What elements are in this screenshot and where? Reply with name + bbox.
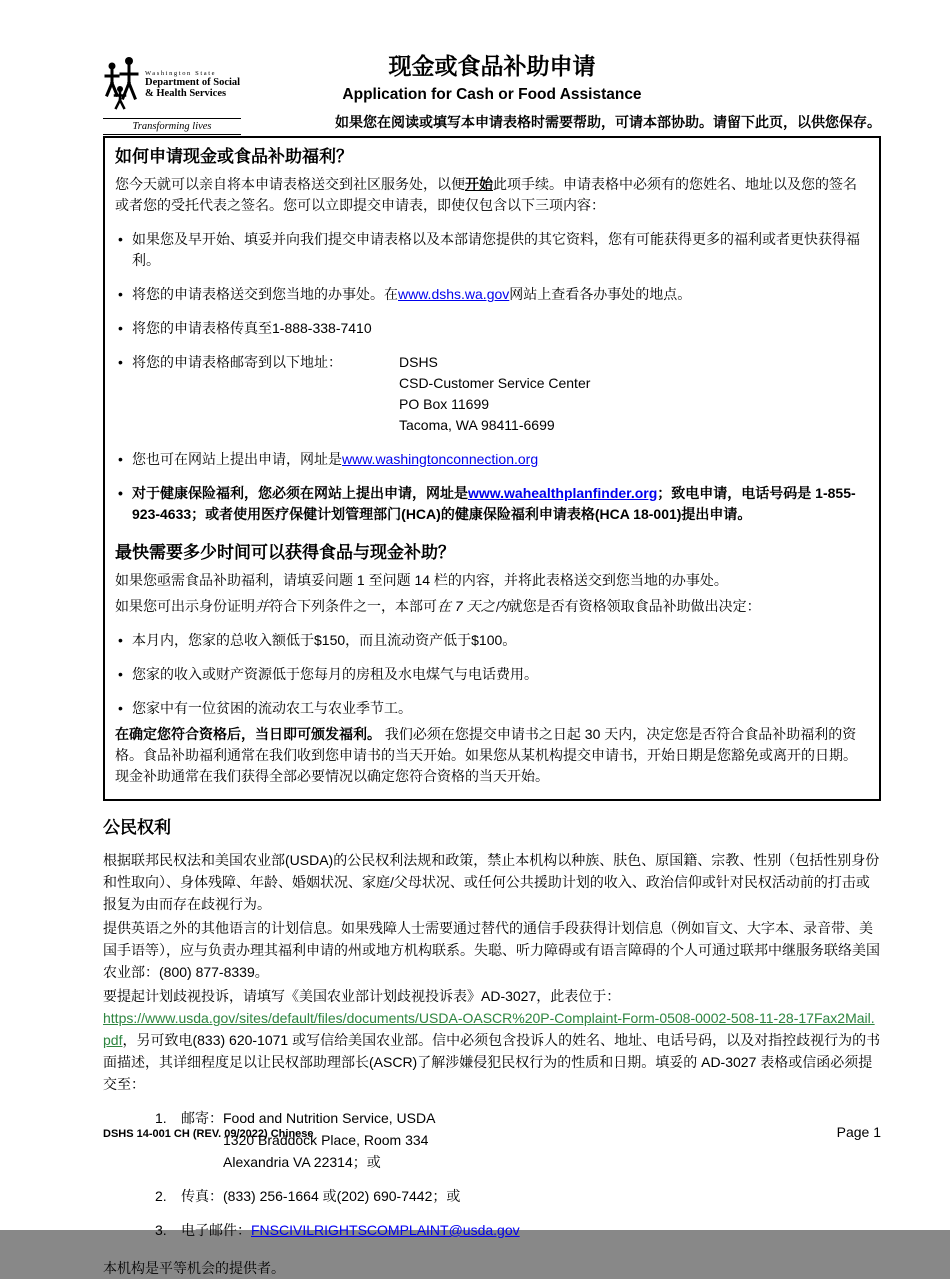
address-line-3: PO Box 11699 [399,394,590,415]
local-office-text: 将您的申请表格送交到您当地的办事处。在 [132,286,398,302]
item-number-2: 2. [155,1185,181,1207]
submit-option-mail: 1. 邮寄：Food and Nutrition Service, USDA 1… [155,1107,881,1173]
intro-emphasis-start: 开始 [465,176,493,192]
apply-methods-list: 如果您及早开始、填妥并向我们提交申请表格以及本部请您提供的其它资料，您有可能获得… [115,229,869,525]
online-text: 您也可在网站上提出申请，网址是 [132,451,342,467]
list-item-health-insurance: 对于健康保险福利，您必须在网站上提出申请，网址是www.wahealthplan… [115,483,869,525]
complaint-intro-text: 要提起计划歧视投诉，请填写《美国农业部计划歧视投诉表》AD-3027，此表位于： [103,988,620,1004]
address-line-1: DSHS [399,352,590,373]
equal-opportunity-statement: 本机构是平等机会的提供者。 [103,1257,881,1279]
submit-option-email: 3. 电子邮件：FNSCIVILRIGHTSCOMPLAINT@usda.gov [155,1219,881,1241]
civil-rights-p1: 根据联邦民权法和美国农业部(USDA)的公民权利法规和政策，禁止本机构以种族、肤… [103,849,881,915]
document-page: Washington State Department of Social & … [0,0,950,1230]
p2-seg1: 如果您可出示身份证明 [115,598,255,614]
address-line-2: CSD-Customer Service Center [399,373,590,394]
civil-rights-p2: 提供英语之外的其他语言的计划信息。如果残障人士需要通过替代的通信手段获得计划信息… [103,917,881,983]
logo-dept-line1: Department of Social [145,77,240,88]
item-number-3: 3. [155,1219,181,1241]
list-item-apply-early: 如果您及早开始、填妥并向我们提交申请表格以及本部请您提供的其它资料，您有可能获得… [115,229,869,271]
p2-seg3: 就您是否有资格领取食品补助做出决定： [509,598,761,614]
page-header: Washington State Department of Social & … [103,52,881,104]
list-item-online: 您也可在网站上提出申请，网址是www.washingtonconnection.… [115,449,869,470]
healthplanfinder-link[interactable]: www.wahealthplanfinder.org [468,485,657,501]
page-footer: DSHS 14-001 CH (REV. 09/2022) Chinese Pa… [103,1124,881,1140]
list-item-migrant-worker: 您家中有一位贫困的流动农工与农业季节工。 [115,698,869,719]
how-fast-p1: 如果您亟需食品补助福利，请填妥问题 1 至问题 14 栏的内容，并将此表格送交到… [115,570,869,591]
list-item-mail: 将您的申请表格邮寄到以下地址： DSHS CSD-Customer Servic… [115,352,869,436]
submit-option-fax: 2. 传真：(833) 256-1664 或(202) 690-7442；或 [155,1185,881,1207]
list-item-fax: 将您的申请表格传真至1-888-338-7410 [115,318,869,339]
dshs-logo: Washington State Department of Social & … [103,54,241,135]
expedited-conditions-list: 本月内，您家的总收入额低于$150，而且流动资产低于$100。 您家的收入或财产… [115,630,869,719]
local-office-text2: 网站上查看各办事处的地点。 [509,286,691,302]
logo-dept-line2: & Health Services [145,88,240,99]
benefits-timing-lead: 在确定您符合资格后，当日即可颁发福利。 [115,726,381,742]
list-item-local-office: 将您的申请表格送交到您当地的办事处。在www.dshs.wa.gov网站上查看各… [115,284,869,305]
logo-tagline: Transforming lives [103,118,241,135]
address-line-4: Tacoma, WA 98411-6699 [399,415,590,436]
how-fast-p2: 如果您可出示身份证明并符合下列条件之一，本部可在 7 天之内就您是否有资格领取食… [115,596,869,617]
p2-italic1: 并 [255,598,269,614]
civil-rights-section: 公民权利 根据联邦民权法和美国农业部(USDA)的公民权利法规和政策，禁止本机构… [103,815,881,1279]
health-insurance-text: 对于健康保险福利，您必须在网站上提出申请，网址是 [132,485,468,501]
list-item-income-limit: 本月内，您家的总收入额低于$150，而且流动资产低于$100。 [115,630,869,651]
dshs-people-icon [103,54,141,115]
p2-seg2: 符合下列条件之一，本部可 [269,598,437,614]
p2-italic2: 在 7 天之内 [437,598,509,614]
item-number-1: 1. [155,1107,181,1173]
washington-connection-link[interactable]: www.washingtonconnection.org [342,451,538,467]
civil-rights-p3: 要提起计划歧视投诉，请填写《美国农业部计划歧视投诉表》AD-3027，此表位于：… [103,985,881,1095]
intro-seg1: 您今天就可以亲自将本申请表格送交到社区服务处，以便 [115,176,465,192]
dshs-website-link[interactable]: www.dshs.wa.gov [398,286,509,302]
page-number: Page 1 [837,1124,881,1140]
form-number: DSHS 14-001 CH (REV. 09/2022) Chinese [103,1128,314,1140]
how-to-apply-heading: 如何申请现金或食品补助福利？ [115,145,869,169]
instructions-box: 如何申请现金或食品补助福利？ 您今天就可以亲自将本申请表格送交到社区服务处，以便… [103,136,881,801]
fns-email-link[interactable]: FNSCIVILRIGHTSCOMPLAINT@usda.gov [251,1222,520,1238]
mailing-address: DSHS CSD-Customer Service Center PO Box … [399,352,590,436]
list-item-rent-utilities: 您家的收入或财产资源低于您每月的房租及水电煤气与电话费用。 [115,664,869,685]
usda-address-line-3: Alexandria VA 22314；或 [223,1151,435,1173]
fax-option-text: 传真：(833) 256-1664 或(202) 690-7442；或 [181,1185,460,1207]
logo-state-text: Washington State [145,70,240,77]
civil-rights-heading: 公民权利 [103,815,881,841]
mail-label: 将您的申请表格邮寄到以下地址： [132,352,342,436]
benefits-timing-paragraph: 在确定您符合资格后，当日即可颁发福利。 我们必须在您提交申请书之日起 30 天内… [115,724,869,787]
how-fast-heading: 最快需要多少时间可以获得食品与现金补助？ [115,541,869,565]
email-option-label: 电子邮件： [181,1222,251,1238]
how-to-apply-intro: 您今天就可以亲自将本申请表格送交到社区服务处，以便开始此项手续。申请表格中必须有… [115,174,869,216]
complaint-detail-text: ，另可致电(833) 620-1071 或写信给美国农业部。信中必须包含投诉人的… [103,1032,880,1092]
